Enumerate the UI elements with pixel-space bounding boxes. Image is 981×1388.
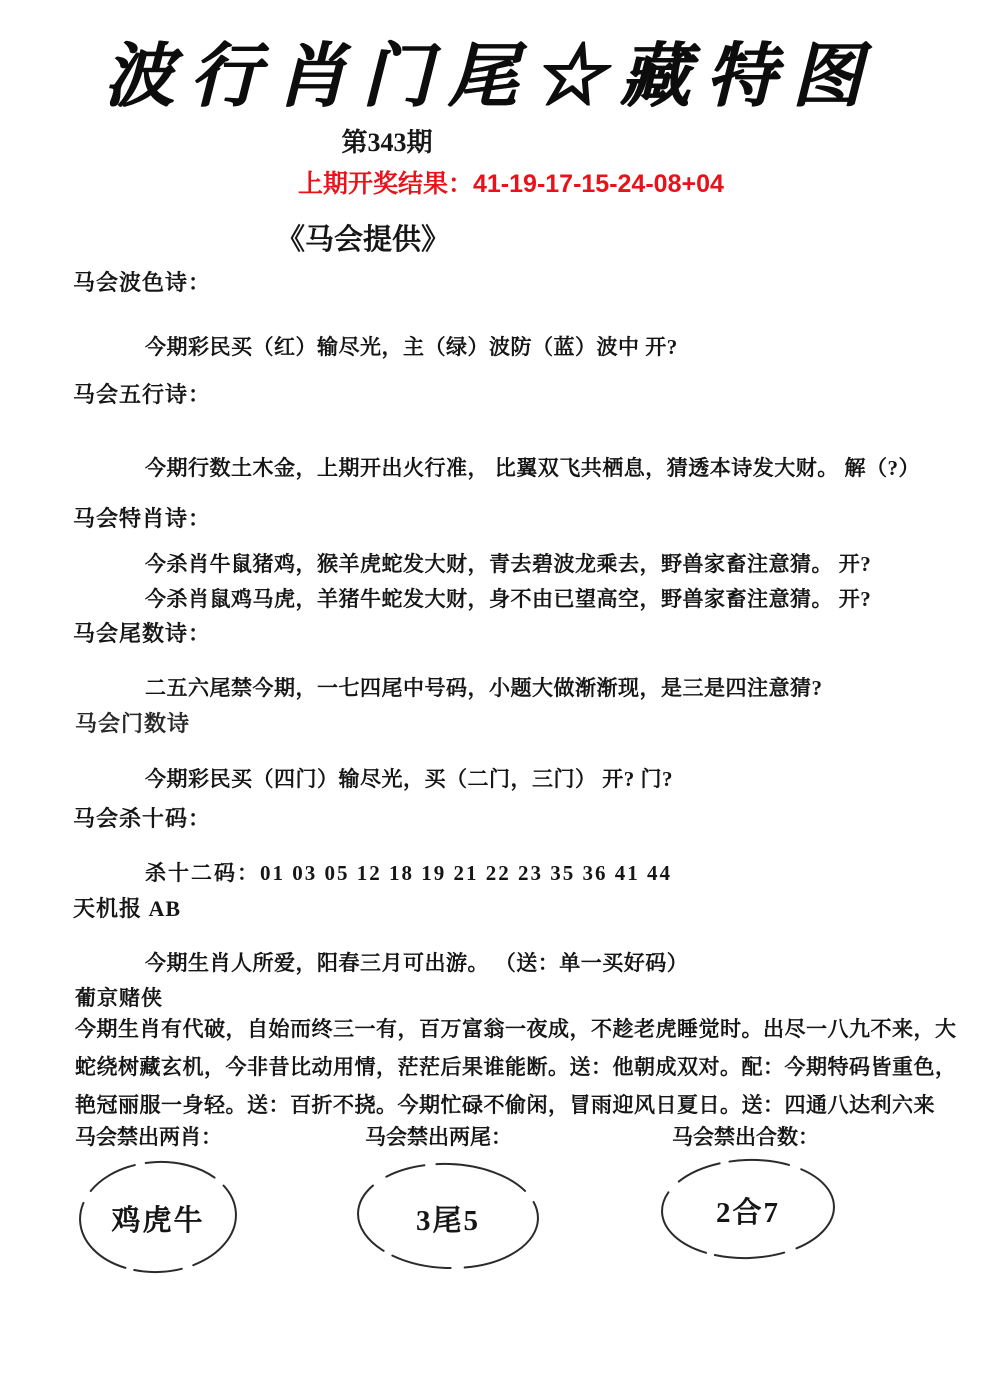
kill-codes-line: 杀十二码：01 03 05 12 18 19 21 22 23 35 36 41… [145,857,672,887]
poem-texiao-line2: 今杀肖鼠鸡马虎，羊猪牛蛇发大财，身不由已望高空，野兽家畜注意猜。 开? [145,583,871,613]
provider-label: 《马会提供》 [276,217,450,258]
poem-wuxing: 今期行数土木金，上期开出火行准， 比翼双飞共栖息，猜透本诗发大财。 解（?） [145,452,920,482]
section-heading-shashima: 马会杀十码： [73,802,211,833]
section-heading-wuxing: 马会五行诗： [73,378,211,409]
ban-value-two-wei: 3尾5 [350,1158,546,1278]
pujing-paragraph-line1: 今期生肖有代破，自始而终三一有，百万富翁一夜成，不趁老虎睡觉时。出尽一八九不来，… [75,1013,957,1043]
lottery-tip-sheet: 波行肖门尾☆藏特图 第343期 上期开奖结果：41-19-17-15-24-08… [0,0,981,1388]
poem-texiao-line1: 今杀肖牛鼠猪鸡，猴羊虎蛇发大财，青去碧波龙乘去，野兽家畜注意猜。 开? [145,548,871,578]
poem-tianjibao: 今期生肖人所爱，阳春三月可出游。 （送：单一买好码） [145,947,688,977]
ban-ellipse-he-shu: 2合7 [655,1153,841,1267]
poem-bose: 今期彩民买（红）输尽光，主（绿）波防（蓝）波中 开? [145,331,678,361]
pujing-paragraph-line3: 艳冠丽服一身轻。送：百折不挠。今期忙碌不偷闲，冒雨迎风日夏日。送：四通八达利六来 [75,1089,935,1119]
ban-value-he-shu: 2合7 [655,1153,841,1267]
section-heading-tianjibao: 天机报 AB [73,892,181,923]
last-result-line: 上期开奖结果：41-19-17-15-24-08+04 [298,164,724,200]
ban-ellipse-two-wei: 3尾5 [350,1158,546,1278]
pujing-paragraph-line2: 蛇绕树藏玄机，今非昔比动用情，茫茫后果谁能断。送：他朝成双对。配：今期特码皆重色… [75,1051,957,1081]
section-heading-menshu: 马会门数诗 [75,707,190,738]
ban-value-two-xiao: 鸡虎牛 [70,1155,246,1281]
ban-label-two-xiao: 马会禁出两肖： [75,1121,222,1151]
section-heading-pujing: 葡京赌侠 [75,982,163,1012]
poem-weishu: 二五六尾禁今期，一七四尾中号码，小题大做渐渐现，是三是四注意猜? [145,672,823,702]
page-title: 波行肖门尾☆藏特图 [0,20,981,121]
section-heading-bose: 马会波色诗： [73,266,211,297]
poem-menshu: 今期彩民买（四门）输尽光，买（二门，三门） 开? 门? [145,763,673,793]
ban-ellipse-two-xiao: 鸡虎牛 [70,1155,246,1281]
period-label: 第343期 [287,122,487,159]
ban-label-two-wei: 马会禁出两尾： [365,1121,512,1151]
section-heading-texiao: 马会特肖诗： [73,502,211,533]
ban-label-he-shu: 马会禁出合数： [672,1121,819,1151]
section-heading-weishu: 马会尾数诗： [73,617,211,648]
